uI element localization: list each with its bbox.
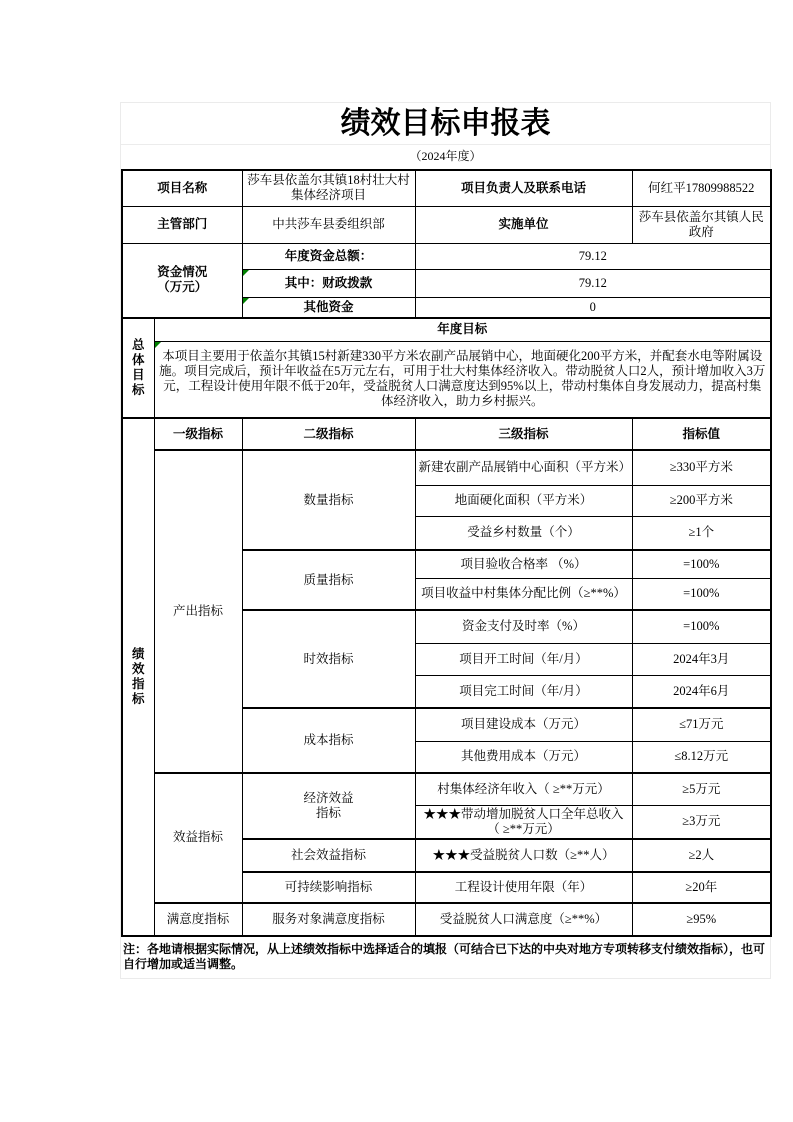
perf-indicators-label: 绩效 指标	[122, 418, 154, 936]
funding-fiscal-value: 79.12	[415, 269, 771, 297]
l1-group-satisfaction: 满意度指标	[154, 903, 242, 936]
l2-subgroup-cost: 成本指标	[242, 708, 415, 773]
l3-indicator: 工程设计使用年限（年）	[415, 872, 632, 903]
manager-value: 何红平17809988522	[632, 170, 771, 206]
l2-subgroup-economic: 经济效益 指标	[242, 773, 415, 839]
dept-value: 中共莎车县委组织部	[242, 206, 415, 243]
indicator-value: ≥5万元	[632, 773, 771, 805]
indicator-row: 产出指标 数量指标 新建农副产品展销中心面积（平方米） ≥330平方米	[122, 450, 771, 485]
cell-comment-icon	[243, 270, 249, 276]
l2-subgroup-service: 服务对象满意度指标	[242, 903, 415, 936]
l2-subgroup-social: 社会效益指标	[242, 839, 415, 872]
indicator-value: ≥330平方米	[632, 450, 771, 485]
cell-comment-icon	[243, 298, 249, 304]
funding-total-value: 79.12	[415, 243, 771, 269]
l3-indicator: 村集体经济年收入（ ≥**万元）	[415, 773, 632, 805]
project-name-value: 莎车县依盖尔其镇18村壮大村集体经济项目	[242, 170, 415, 206]
indicator-row: 效益指标 经济效益 指标 村集体经济年收入（ ≥**万元） ≥5万元	[122, 773, 771, 805]
indicator-value: 2024年6月	[632, 675, 771, 708]
indicator-value: ≥200平方米	[632, 485, 771, 516]
form-subtitle: （2024年度）	[121, 145, 770, 169]
funding-fiscal-label-text: 其中：财政拨款	[285, 276, 373, 290]
l1-group-benefit: 效益指标	[154, 773, 242, 903]
l3-indicator: ★★★带动增加脱贫人口全年总收入（ ≥**万元）	[415, 805, 632, 839]
indicator-value: =100%	[632, 578, 771, 610]
header-level1: 一级指标	[154, 418, 242, 450]
indicator-value: ≥1个	[632, 516, 771, 550]
project-name-label: 项目名称	[122, 170, 242, 206]
indicator-value: ≤71万元	[632, 708, 771, 741]
dept-label: 主管部门	[122, 206, 242, 243]
table-row: 主管部门 中共莎车县委组织部 实施单位 莎车县依盖尔其镇人民 政府	[122, 206, 771, 243]
funding-label: 资金情况 （万元）	[122, 243, 242, 318]
l3-indicator: 新建农副产品展销中心面积（平方米）	[415, 450, 632, 485]
table-row: 总体 目标 年度目标	[122, 318, 771, 341]
impl-unit-label: 实施单位	[415, 206, 632, 243]
l3-indicator: 受益乡村数量（个）	[415, 516, 632, 550]
l3-indicator: 项目建设成本（万元）	[415, 708, 632, 741]
indicator-value: ≥3万元	[632, 805, 771, 839]
header-level2: 二级指标	[242, 418, 415, 450]
form-title: 绩效目标申报表	[121, 103, 770, 145]
header-level3: 三级指标	[415, 418, 632, 450]
header-value: 指标值	[632, 418, 771, 450]
table-row: 资金情况 （万元） 年度资金总额： 79.12	[122, 243, 771, 269]
funding-total-label: 年度资金总额：	[242, 243, 415, 269]
funding-other-label: 其他资金	[242, 297, 415, 318]
funding-other-value: 0	[415, 297, 771, 318]
l2-subgroup-quality: 质量指标	[242, 550, 415, 610]
l3-indicator: 受益脱贫人口满意度（≥**%）	[415, 903, 632, 936]
table-row: 项目名称 莎车县依盖尔其镇18村壮大村集体经济项目 项目负责人及联系电话 何红平…	[122, 170, 771, 206]
l2-subgroup-quantity: 数量指标	[242, 450, 415, 550]
l2-subgroup-sustain: 可持续影响指标	[242, 872, 415, 903]
l3-indicator: 地面硬化面积（平方米）	[415, 485, 632, 516]
annual-goal-text-cell: 本项目主要用于依盖尔其镇15村新建330平方米农副产品展销中心，地面硬化200平…	[154, 341, 771, 418]
l3-indicator: 项目完工时间（年/月）	[415, 675, 632, 708]
l3-indicator: 资金支付及时率（%）	[415, 610, 632, 643]
impl-unit-value: 莎车县依盖尔其镇人民 政府	[632, 206, 771, 243]
indicator-value: ≥20年	[632, 872, 771, 903]
indicator-header-row: 绩效 指标 一级指标 二级指标 三级指标 指标值	[122, 418, 771, 450]
l3-indicator: 项目收益中村集体分配比例（≥**%）	[415, 578, 632, 610]
l3-indicator: 其他费用成本（万元）	[415, 741, 632, 773]
cell-comment-icon	[155, 342, 161, 348]
form-sheet: 绩效目标申报表 （2024年度） 项目名称 莎车县依盖尔其镇18村壮大村集体经济…	[120, 102, 771, 979]
funding-fiscal-label: 其中：财政拨款	[242, 269, 415, 297]
indicator-value: ≥95%	[632, 903, 771, 936]
indicator-value: ≥2人	[632, 839, 771, 872]
annual-goal-text: 本项目主要用于依盖尔其镇15村新建330平方米农副产品展销中心，地面硬化200平…	[159, 349, 765, 408]
annual-goal-header: 年度目标	[154, 318, 771, 341]
indicator-value: =100%	[632, 610, 771, 643]
table-row: 本项目主要用于依盖尔其镇15村新建330平方米农副产品展销中心，地面硬化200平…	[122, 341, 771, 418]
l3-indicator: 项目开工时间（年/月）	[415, 643, 632, 675]
indicator-value: ≤8.12万元	[632, 741, 771, 773]
performance-target-table: 项目名称 莎车县依盖尔其镇18村壮大村集体经济项目 项目负责人及联系电话 何红平…	[121, 169, 772, 937]
indicator-value: 2024年3月	[632, 643, 771, 675]
indicator-value: =100%	[632, 550, 771, 578]
l2-subgroup-timeliness: 时效指标	[242, 610, 415, 708]
manager-label: 项目负责人及联系电话	[415, 170, 632, 206]
indicator-row: 满意度指标 服务对象满意度指标 受益脱贫人口满意度（≥**%） ≥95%	[122, 903, 771, 936]
l3-indicator: 项目验收合格率 （%）	[415, 550, 632, 578]
l1-group-output: 产出指标	[154, 450, 242, 773]
l3-indicator: ★★★受益脱贫人口数（≥**人）	[415, 839, 632, 872]
overall-goal-label: 总体 目标	[122, 318, 154, 418]
funding-other-label-text: 其他资金	[304, 300, 354, 314]
footnote-text: 注：各地请根据实际情况，从上述绩效指标中选择适合的填报（可结合已下达的中央对地方…	[121, 937, 770, 978]
